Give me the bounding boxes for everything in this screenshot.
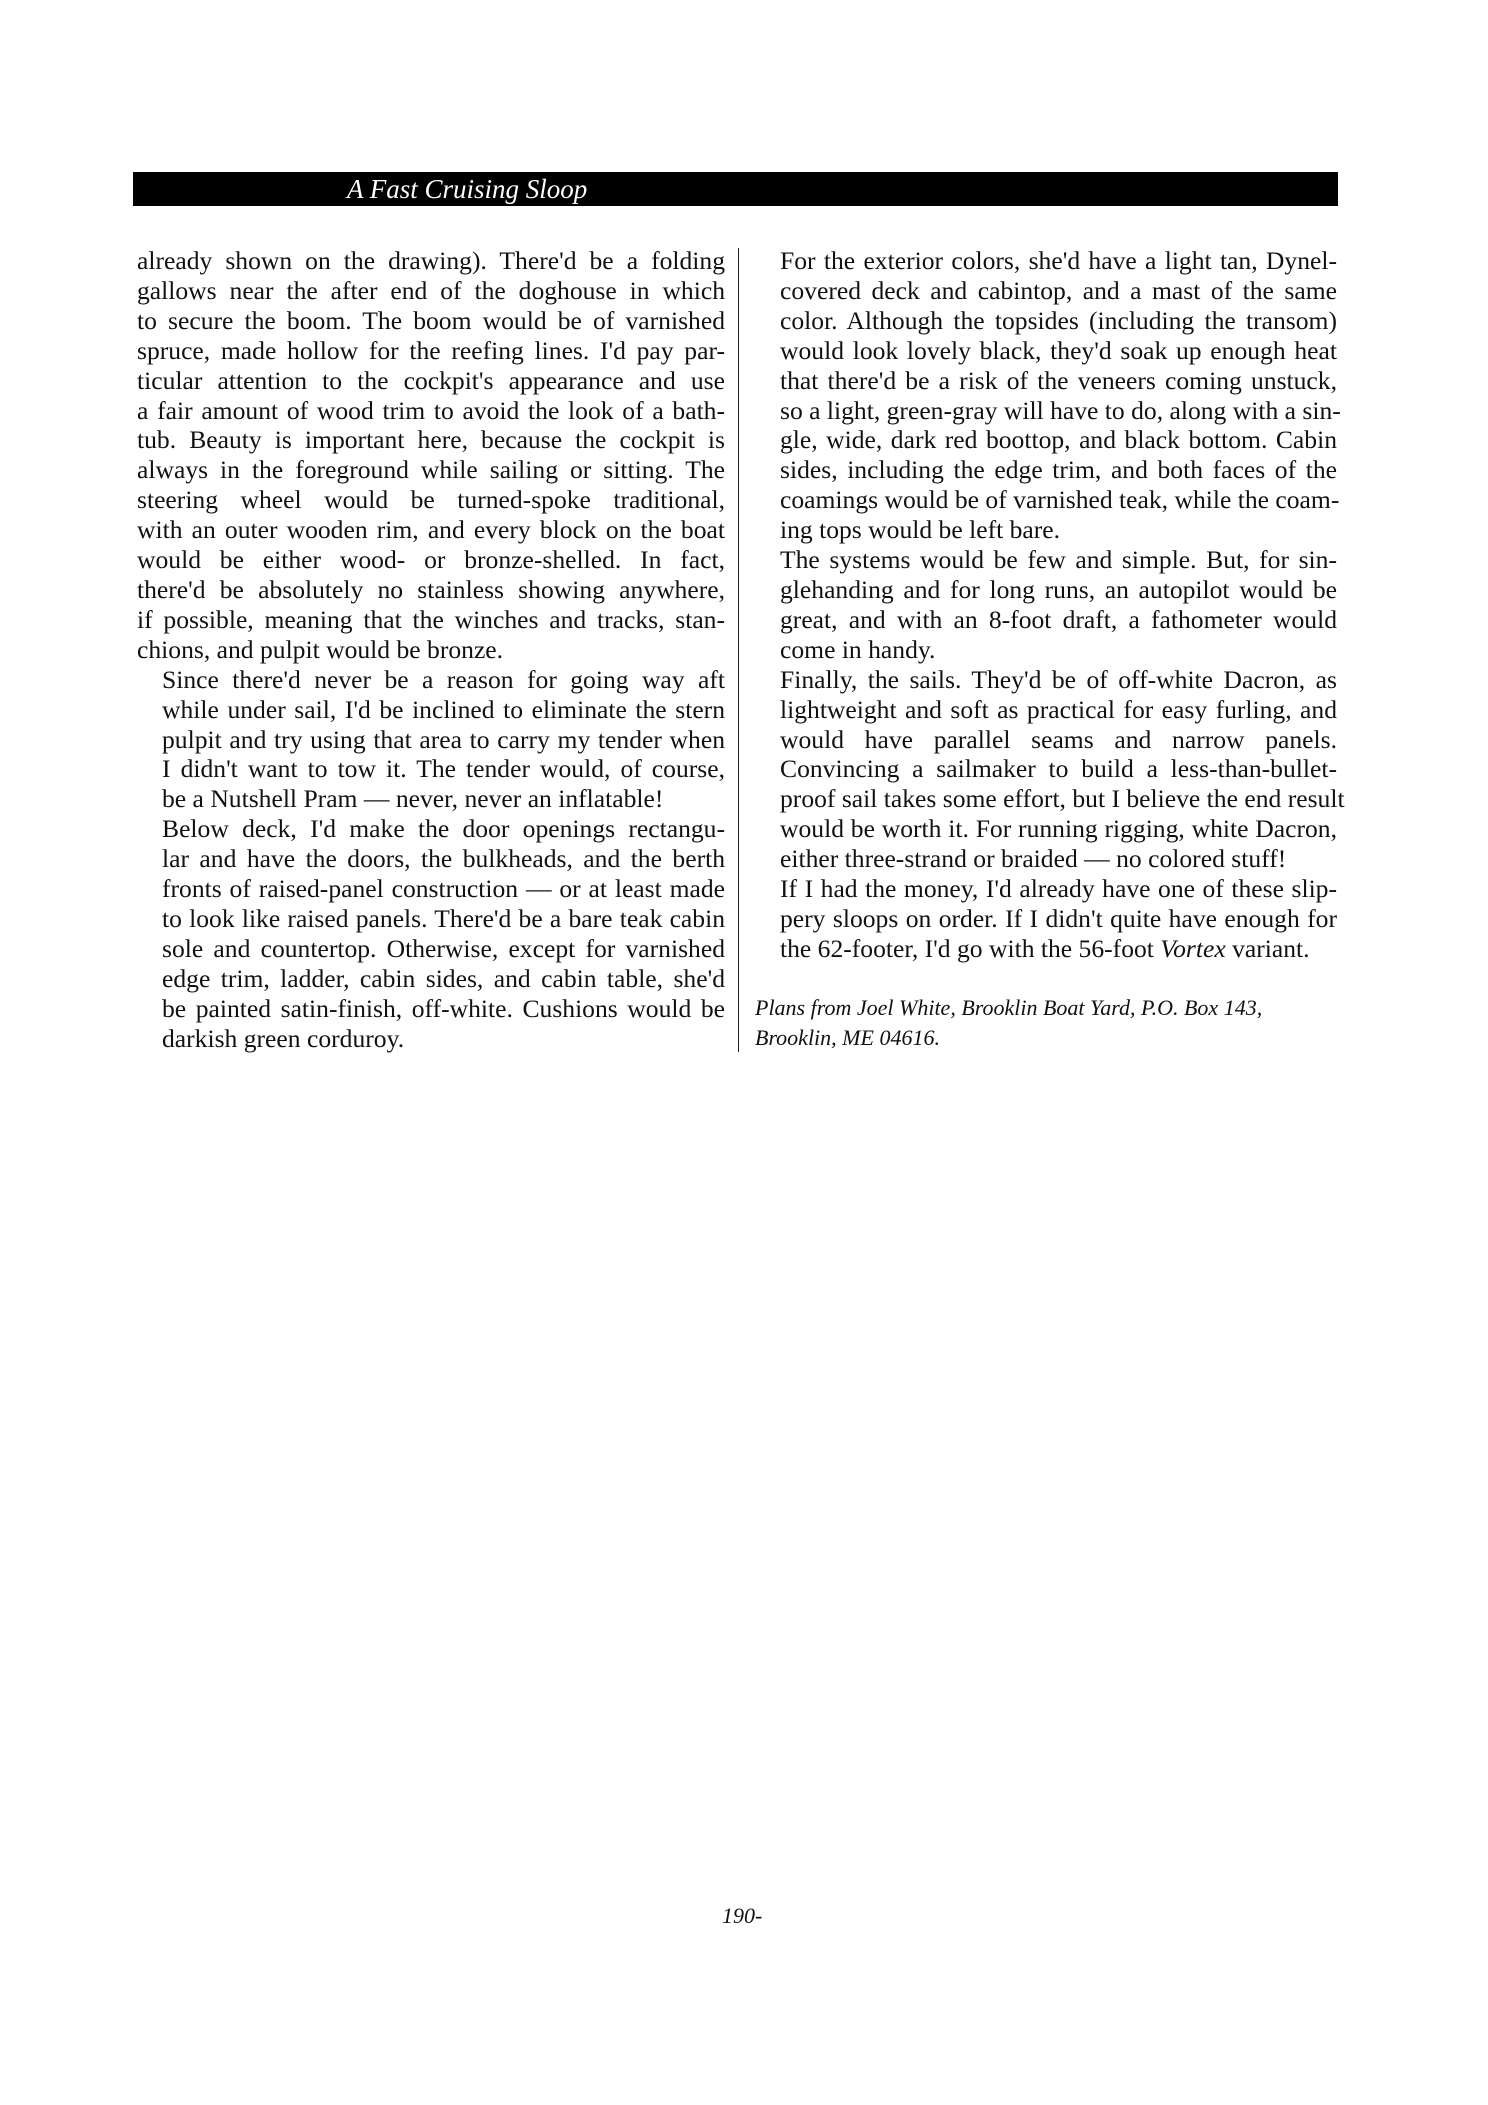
text-line: would look lovely black, they'd soak up … [755, 336, 1337, 366]
text-line: covered deck and cabintop, and a mast of… [755, 276, 1337, 306]
column-divider [738, 248, 739, 1052]
text-line: pulpit and try using that area to carry … [137, 725, 725, 755]
text-line: with an outer wooden rim, and every bloc… [137, 515, 725, 545]
text-line: sole and countertop. Otherwise, except f… [137, 934, 725, 964]
text-line: For the exterior colors, she'd have a li… [755, 246, 1337, 276]
text-line: gle, wide, dark red boottop, and black b… [755, 425, 1337, 455]
plans-credit: Plans from Joel White, Brooklin Boat Yar… [755, 993, 1337, 1053]
text-line: so a light, green-gray will have to do, … [755, 396, 1337, 426]
paragraph: Since there'd never be a reason for goin… [137, 665, 725, 815]
text-line: be a Nutshell Pram — never, never an inf… [137, 784, 725, 814]
text-line: The systems would be few and simple. But… [755, 545, 1337, 575]
left-column: already shown on the drawing). There'd b… [137, 246, 725, 1053]
text-line: color. Although the topsides (including … [755, 306, 1337, 336]
text-line: either three-strand or braided — no colo… [755, 844, 1337, 874]
paragraph: Below deck, I'd make the door openings r… [137, 814, 725, 1053]
text-line: edge trim, ladder, cabin sides, and cabi… [137, 964, 725, 994]
text-line: while under sail, I'd be inclined to eli… [137, 695, 725, 725]
text-run: variant. [1226, 934, 1310, 963]
right-column: For the exterior colors, she'd have a li… [755, 246, 1337, 1053]
running-header-bar: A Fast Cruising Sloop [133, 172, 1338, 206]
text-line: there'd be absolutely no stainless showi… [137, 575, 725, 605]
text-line: Finally, the sails. They'd be of off-whi… [755, 665, 1337, 695]
text-line: proof sail takes some effort, but I beli… [755, 784, 1337, 814]
text-line: already shown on the drawing). There'd b… [137, 246, 725, 276]
text-line: tub. Beauty is important here, because t… [137, 425, 725, 455]
text-line: steering wheel would be turned-spoke tra… [137, 485, 725, 515]
text-line: lar and have the doors, the bulkheads, a… [137, 844, 725, 874]
text-line: to secure the boom. The boom would be of… [137, 306, 725, 336]
text-line: coamings would be of varnished teak, whi… [755, 485, 1337, 515]
text-line: fronts of raised-panel construction — or… [137, 874, 725, 904]
text-line: that there'd be a risk of the veneers co… [755, 366, 1337, 396]
text-line: spruce, made hollow for the reefing line… [137, 336, 725, 366]
text-line: a fair amount of wood trim to avoid the … [137, 396, 725, 426]
text-line: lightweight and soft as practical for ea… [755, 695, 1337, 725]
paragraph: Finally, the sails. They'd be of off-whi… [755, 665, 1337, 874]
text-line: be painted satin-finish, off-white. Cush… [137, 994, 725, 1024]
text-line: ticular attention to the cockpit's appea… [137, 366, 725, 396]
page-number: 190- [722, 1903, 762, 1929]
text-line: great, and with an 8-foot draft, a fatho… [755, 605, 1337, 635]
text-line: darkish green corduroy. [137, 1024, 725, 1054]
text-line: If I had the money, I'd already have one… [755, 874, 1337, 904]
text-line: would be either wood- or bronze-shelled.… [137, 545, 725, 575]
text-line: Convincing a sailmaker to build a less-t… [755, 754, 1337, 784]
paragraph: already shown on the drawing). There'd b… [137, 246, 725, 665]
text-line: would be worth it. For running rigging, … [755, 814, 1337, 844]
text-line: come in handy. [755, 635, 1337, 665]
text-line: Below deck, I'd make the door openings r… [137, 814, 725, 844]
text-line: to look like raised panels. There'd be a… [137, 904, 725, 934]
text-line: ing tops would be left bare. [755, 515, 1337, 545]
boat-name-italic: Vortex [1160, 934, 1225, 963]
text-line: the 62-footer, I'd go with the 56-foot V… [755, 934, 1337, 964]
text-line: I didn't want to tow it. The tender woul… [137, 754, 725, 784]
text-line: gallows near the after end of the doghou… [137, 276, 725, 306]
text-line: chions, and pulpit would be bronze. [137, 635, 725, 665]
text-run: the 62-footer, I'd go with the 56-foot [780, 934, 1160, 963]
text-line: pery sloops on order. If I didn't quite … [755, 904, 1337, 934]
text-line: Since there'd never be a reason for goin… [137, 665, 725, 695]
text-line: sides, including the edge trim, and both… [755, 455, 1337, 485]
text-line: Brooklin, ME 04616. [755, 1023, 1337, 1053]
paragraph: The systems would be few and simple. But… [755, 545, 1337, 665]
text-line: always in the foreground while sailing o… [137, 455, 725, 485]
paragraph: For the exterior colors, she'd have a li… [755, 246, 1337, 545]
text-line: would have parallel seams and narrow pan… [755, 725, 1337, 755]
running-header-title: A Fast Cruising Sloop [347, 173, 587, 205]
text-line: glehanding and for long runs, an autopil… [755, 575, 1337, 605]
text-line: if possible, meaning that the winches an… [137, 605, 725, 635]
text-line: Plans from Joel White, Brooklin Boat Yar… [755, 993, 1337, 1023]
paragraph: If I had the money, I'd already have one… [755, 874, 1337, 964]
